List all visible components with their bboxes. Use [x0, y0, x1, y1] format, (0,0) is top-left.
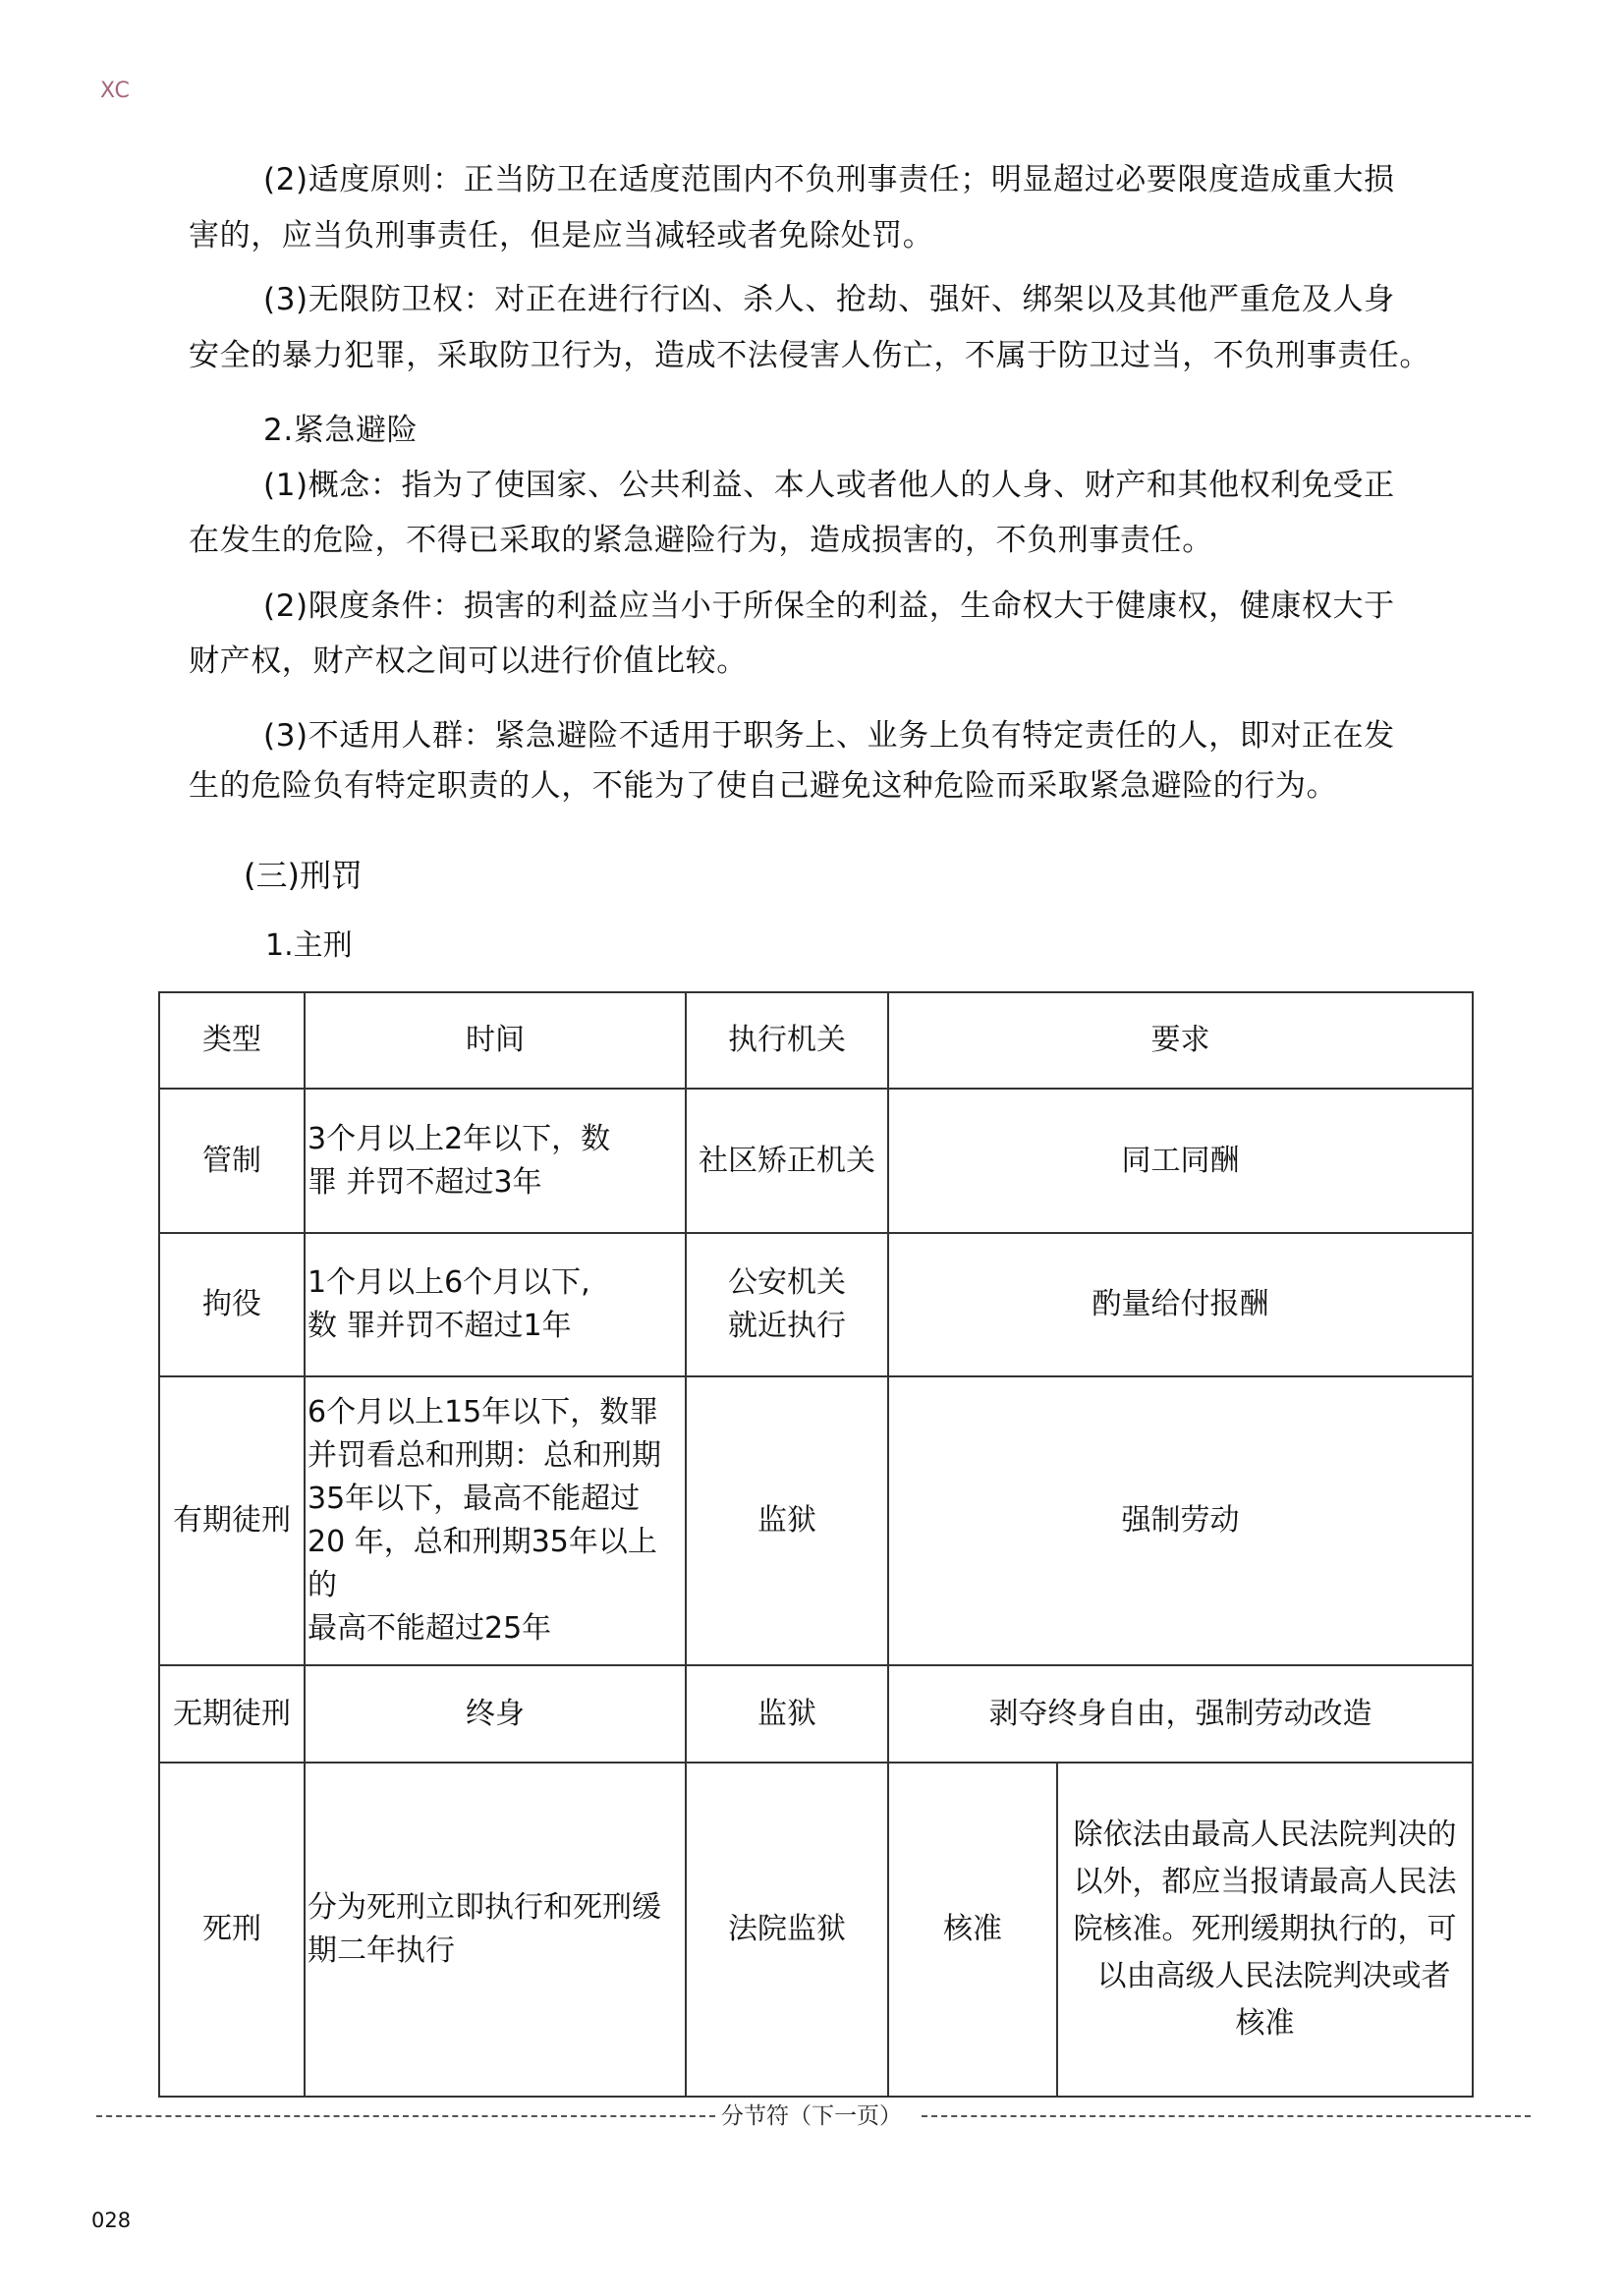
- cell-agency: 公安机关就近执行: [686, 1233, 888, 1376]
- page-number: 028: [91, 2209, 131, 2232]
- cell-requirement: 酌量给付报酬: [888, 1233, 1473, 1376]
- table-header-row: 类型 时间 执行机关 要求: [159, 992, 1473, 1089]
- table-row: 拘役 1个月以上6个月以下,数 罪并罚不超过1年 公安机关就近执行 酌量给付报酬: [159, 1233, 1473, 1376]
- table-row: 管制 3个月以上2年以下，数罪 并罚不超过3年 社区矫正机关 同工同酬: [159, 1089, 1473, 1233]
- cell-agency: 法院监狱: [686, 1763, 888, 2097]
- table-row: 有期徒刑 6个月以上15年以下，数罪并罚看总和刑期：总和刑期 35年以下，最高不…: [159, 1376, 1473, 1665]
- cell-agency: 监狱: [686, 1665, 888, 1763]
- paragraph-line: (2)限度条件：损害的利益应当小于所保全的利益，生命权大于健康权，健康权大于: [263, 587, 1511, 626]
- header-agency: 执行机关: [686, 992, 888, 1089]
- penalty-table: 类型 时间 执行机关 要求 管制 3个月以上2年以下，数罪 并罚不超过3年 社区…: [158, 991, 1474, 2098]
- header-requirement: 要求: [888, 992, 1473, 1089]
- cell-requirement: 同工同酬: [888, 1089, 1473, 1233]
- paragraph-line: 在发生的危险，不得已采取的紧急避险行为，造成损害的，不负刑事责任。: [189, 521, 1510, 560]
- cell-type: 无期徒刑: [159, 1665, 305, 1763]
- paragraph-line: 财产权，财产权之间可以进行价值比较。: [189, 642, 1510, 681]
- cell-requirement: 强制劳动: [888, 1376, 1473, 1665]
- section-heading: (三)刑罚: [244, 856, 363, 895]
- table-row: 死刑 分为死刑立即执行和死刑缓期二年执行 法院监狱 核准 除依法由最高人民法院判…: [159, 1763, 1473, 2097]
- paragraph-line: (3)无限防卫权：对正在进行行凶、杀人、抢劫、强奸、绑架以及其他严重危及人身: [263, 280, 1511, 319]
- cell-time: 3个月以上2年以下，数罪 并罚不超过3年: [305, 1089, 686, 1233]
- paragraph-line: (3)不适用人群：紧急避险不适用于职务上、业务上负有特定责任的人，即对正在发: [263, 716, 1511, 756]
- cell-type: 有期徒刑: [159, 1376, 305, 1665]
- paragraph-line: 安全的暴力犯罪，采取防卫行为，造成不法侵害人伤亡，不属于防卫过当，不负刑事责任。: [189, 336, 1510, 375]
- cell-time: 6个月以上15年以下，数罪并罚看总和刑期：总和刑期 35年以下，最高不能超过20…: [305, 1376, 686, 1665]
- sub-heading: 1.主刑: [265, 926, 353, 966]
- cell-type: 拘役: [159, 1233, 305, 1376]
- cell-agency: 社区矫正机关: [686, 1089, 888, 1233]
- paragraph-line: (2)适度原则：正当防卫在适度范围内不负刑事责任；明显超过必要限度造成重大损: [263, 160, 1511, 199]
- table-row: 无期徒刑 终身 监狱 剥夺终身自由，强制劳动改造: [159, 1665, 1473, 1763]
- header-type: 类型: [159, 992, 305, 1089]
- subsection-heading: 2.紧急避险: [263, 411, 1511, 450]
- section-break: 分节符（下一页）: [96, 2102, 1531, 2130]
- cell-type: 管制: [159, 1089, 305, 1233]
- header-mark: XC: [100, 79, 131, 103]
- paragraph-line: 生的危险负有特定职责的人，不能为了使自己避免这种危险而采取紧急避险的行为。: [189, 766, 1510, 806]
- paragraph-line: (1)概念：指为了使国家、公共利益、本人或者他人的人身、财产和其他权利免受正: [263, 466, 1511, 505]
- section-break-dashes-left: [96, 2115, 715, 2117]
- cell-requirement: 剥夺终身自由，强制劳动改造: [888, 1665, 1473, 1763]
- paragraph-line: 害的，应当负刑事责任，但是应当减轻或者免除处罚。: [189, 216, 1510, 255]
- cell-requirement: 除依法由最高人民法院判决的以外，都应当报请最高人民法 院核准。死刑缓期执行的，可…: [1057, 1763, 1473, 2097]
- cell-approval: 核准: [888, 1763, 1057, 2097]
- cell-agency: 监狱: [686, 1376, 888, 1665]
- cell-type: 死刑: [159, 1763, 305, 2097]
- section-break-label: 分节符（下一页）: [721, 2102, 902, 2130]
- header-time: 时间: [305, 992, 686, 1089]
- cell-time: 分为死刑立即执行和死刑缓期二年执行: [305, 1763, 686, 2097]
- section-break-dashes-right: [922, 2115, 1531, 2117]
- cell-time: 终身: [305, 1665, 686, 1763]
- cell-time: 1个月以上6个月以下,数 罪并罚不超过1年: [305, 1233, 686, 1376]
